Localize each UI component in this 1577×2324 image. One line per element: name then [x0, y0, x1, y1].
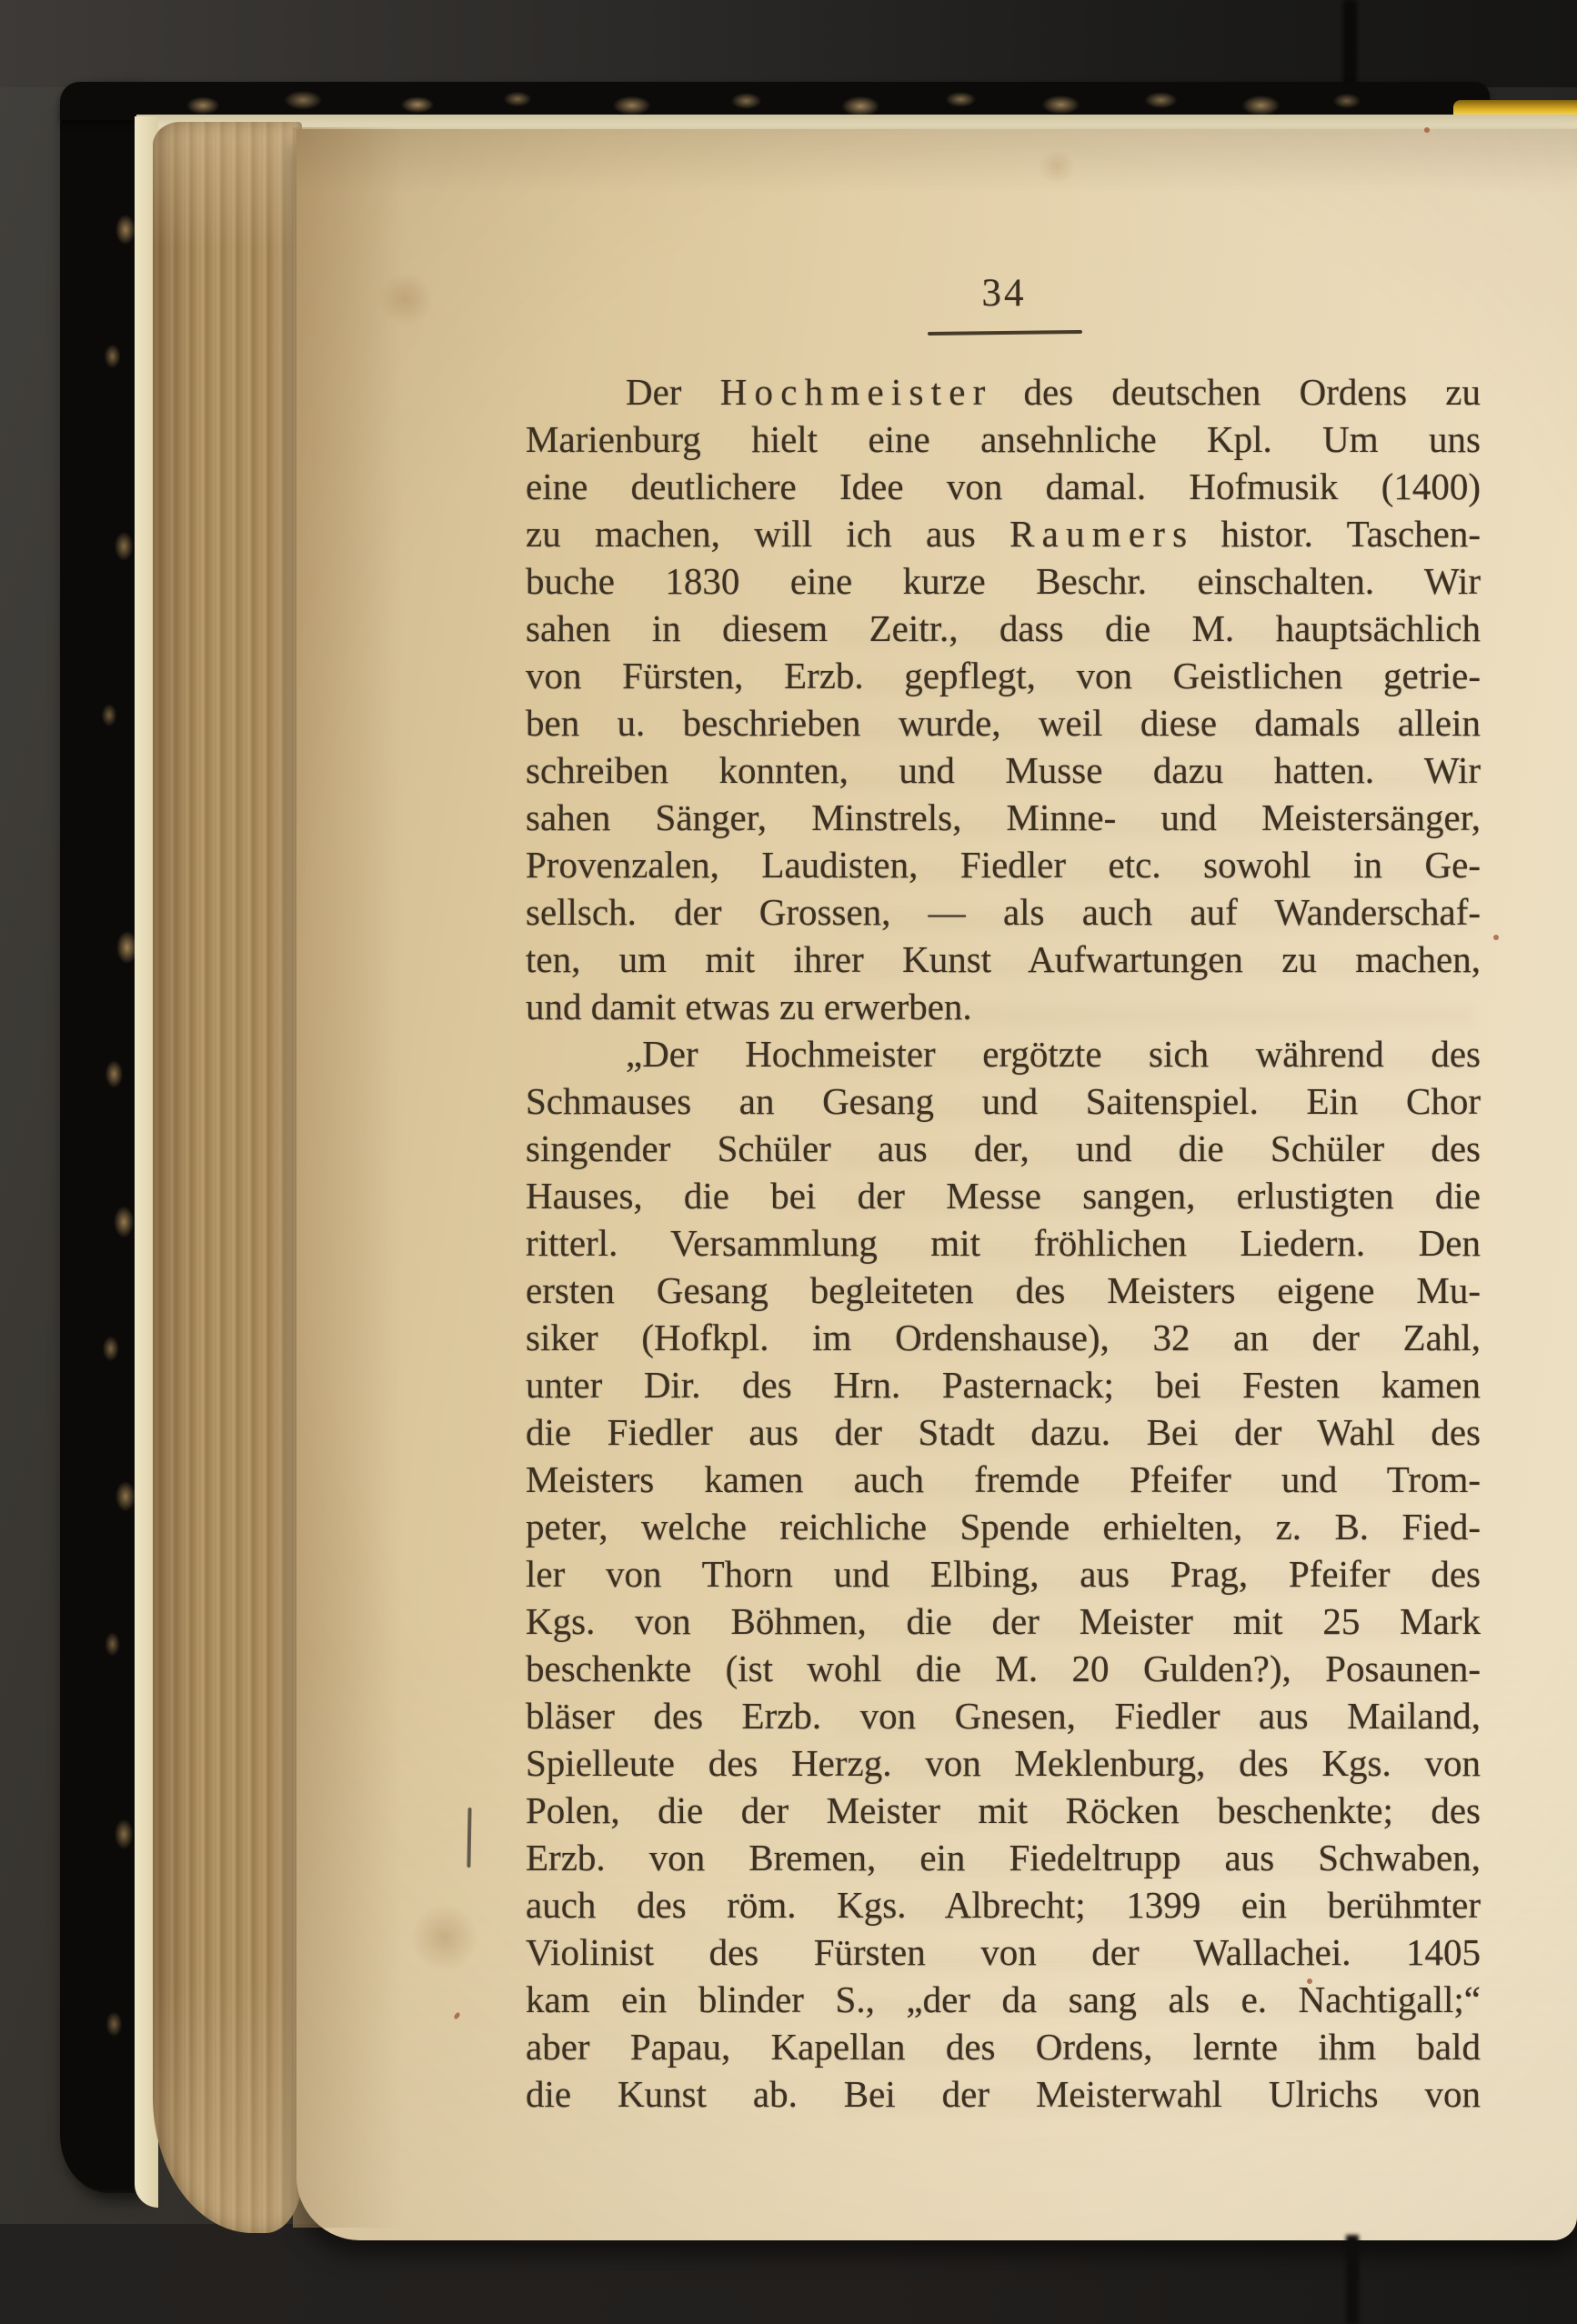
scanned-book-photo: 34 Der H o c h m e i s t e r des deutsch…	[0, 0, 1577, 2324]
text-line: aber Papau, Kapellan des Ordens, lernte …	[526, 2023, 1481, 2070]
text-line: buche 1830 eine kurze Beschr. einschalte…	[526, 557, 1481, 605]
cradle-groove-top	[1343, 0, 1357, 89]
text-line: unter Dir. des Hrn. Pasternack; bei Fest…	[526, 1361, 1481, 1408]
text-line: peter, welche reichliche Spende erhielte…	[526, 1503, 1481, 1550]
paper-stain	[1037, 150, 1077, 183]
text-line: die Kunst ab. Bei der Meisterwahl Ulrich…	[526, 2070, 1481, 2118]
text-line: bläser des Erzb. von Gnesen, Fiedler aus…	[526, 1692, 1481, 1739]
fore-edge-stained-block	[153, 122, 302, 2233]
text-line: eine deutlichere Idee von damal. Hofmusi…	[526, 463, 1481, 510]
text-line: Spielleute des Herzg. von Meklenburg, de…	[526, 1739, 1481, 1787]
text-line: Kgs. von Böhmen, die der Meister mit 25 …	[526, 1598, 1481, 1645]
text-line: ben u. beschrieben wurde, weil diese dam…	[526, 699, 1481, 746]
text-line: Provenzalen, Laudisten, Fiedler etc. sow…	[526, 841, 1481, 888]
text-line: Polen, die der Meister mit Röcken besche…	[526, 1787, 1481, 1834]
text-line: Der H o c h m e i s t e r des deutschen …	[526, 368, 1481, 416]
text-line: ten, um mit ihrer Kunst Aufwartungen zu …	[526, 936, 1481, 983]
text-line: Schmauses an Gesang und Saitenspiel. Ein…	[526, 1077, 1481, 1125]
page-number-value: 34	[982, 272, 1027, 315]
text-line: „Der Hochmeister ergötzte sich während d…	[526, 1030, 1481, 1077]
text-line: Hauses, die bei der Messe sangen, erlust…	[526, 1172, 1481, 1219]
text-line: zu machen, will ich aus R a u m e r s hi…	[526, 510, 1481, 557]
text-line: von Fürsten, Erzb. gepflegt, von Geistli…	[526, 652, 1481, 699]
text-line: beschenkte (ist wohl die M. 20 Gulden?),…	[526, 1645, 1481, 1692]
ink-speck	[1424, 127, 1430, 133]
text-line: Marienburg hielt eine ansehnliche Kpl. U…	[526, 416, 1481, 463]
text-line: singender Schüler aus der, und die Schül…	[526, 1125, 1481, 1172]
text-line: sahen Sänger, Minstrels, Minne- und Meis…	[526, 794, 1481, 841]
text-block: Der H o c h m e i s t e r des deutschen …	[526, 368, 1481, 2118]
text-line: siker (Hofkpl. im Ordenshause), 32 an de…	[526, 1314, 1481, 1361]
paper-stain	[409, 1905, 480, 1970]
book-cover-spine-edge	[60, 82, 142, 2193]
text-line: sellsch. der Grossen, — als auch auf Wan…	[526, 888, 1481, 936]
text-line: sahen in diesem Zeitr., dass die M. haup…	[526, 605, 1481, 652]
page-number: 34	[926, 271, 1082, 316]
paper-stain	[377, 273, 434, 326]
text-line: Violinist des Fürsten von der Wallachei.…	[526, 1928, 1481, 1976]
text-line: schreiben konnten, und Musse dazu hatten…	[526, 746, 1481, 794]
text-line: kam ein blinder S., „der da sang als e. …	[526, 1976, 1481, 2023]
cradle-groove-bottom	[1346, 2235, 1359, 2324]
text-line: Erzb. von Bremen, ein Fiedeltrupp aus Sc…	[526, 1834, 1481, 1881]
text-line: ler von Thorn und Elbing, aus Prag, Pfei…	[526, 1550, 1481, 1598]
backdrop-top-band	[0, 0, 1577, 87]
text-line: Meisters kamen auch fremde Pfeifer und T…	[526, 1456, 1481, 1503]
ink-speck	[1493, 935, 1499, 940]
text-line: und damit etwas zu erwerben.	[526, 983, 1481, 1030]
text-line: ersten Gesang begleiteten des Meisters e…	[526, 1267, 1481, 1314]
text-line: die Fiedler aus der Stadt dazu. Bei der …	[526, 1408, 1481, 1456]
text-line: ritterl. Versammlung mit fröhlichen Lied…	[526, 1219, 1481, 1267]
text-line: auch des röm. Kgs. Albrecht; 1399 ein be…	[526, 1881, 1481, 1928]
